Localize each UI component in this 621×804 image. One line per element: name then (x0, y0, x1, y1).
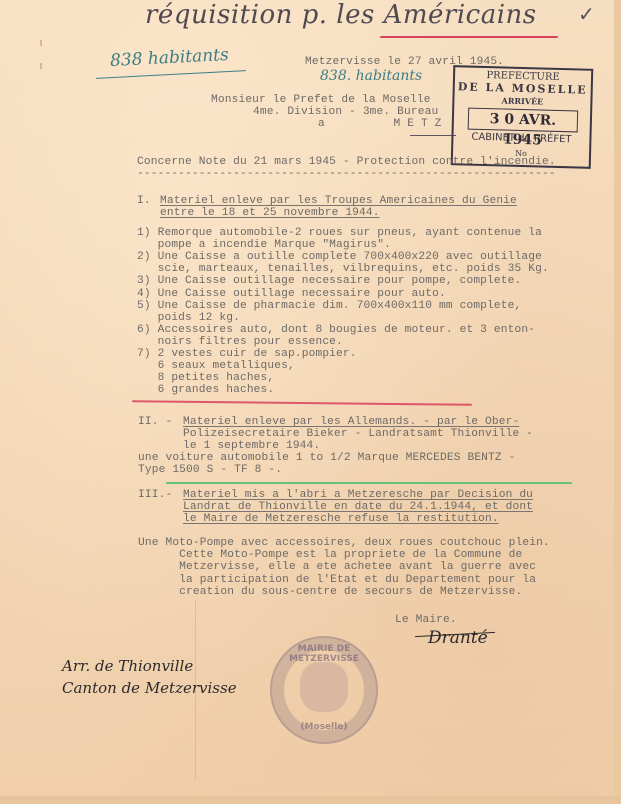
recipient-line-2: 4me. Division - 3me. Bureau (253, 106, 438, 119)
page-bottom-edge (0, 796, 621, 804)
section-2-heading-3: le 1 septembre 1944. (183, 440, 320, 453)
rule (410, 135, 456, 136)
list-item: 3) Une Caisse outillage necessaire pour … (137, 275, 521, 288)
list-item: 4) Une Caisse outillage necessaire pour … (137, 288, 446, 301)
separator-line: ----------------------------------------… (137, 168, 556, 181)
list-item: scie, marteaux, tenailles, vilbrequins, … (137, 263, 549, 276)
list-item: 8 petites haches, (137, 372, 274, 385)
list-item: 6 grandes haches. (137, 384, 274, 397)
closing-line: la participation de l'Etat et du Departe… (138, 574, 536, 587)
handwritten-arrondissement: Arr. de Thionville (62, 657, 193, 675)
list-item: 2) Une Caisse a outille complete 700x400… (137, 251, 542, 264)
subject-line: Concerne Note du 21 mars 1945 - Protecti… (137, 156, 556, 169)
list-item: noirs filtres pour essence. (137, 336, 343, 349)
closing-line: Une Moto-Pompe avec accessoires, deux ro… (138, 537, 550, 550)
mairie-seal: MAIRIE DE METZERVISSE (Moselle) (270, 636, 378, 744)
seal-emblem (300, 662, 348, 712)
section-3-heading-2: Landrat de Thionville en date du 24.1.19… (183, 501, 533, 514)
stamp-line-4: CABINET du PRÉFET (453, 131, 589, 146)
punch-mark (40, 40, 42, 46)
punch-mark (40, 63, 42, 69)
seal-bottom-text: (Moselle) (272, 722, 376, 732)
handwritten-canton: Canton de Metzervisse (62, 679, 237, 697)
section-1-heading-2: entre le 18 et 25 novembre 1944. (160, 207, 380, 220)
list-item: 1) Remorque automobile-2 roues sur pneus… (137, 227, 542, 240)
signature-title: Le Maire. (395, 614, 457, 627)
page-edge (614, 0, 621, 804)
signature: Dranté (428, 628, 488, 648)
list-item: 7) 2 vestes cuir de sap.pompier. (137, 348, 357, 361)
section-1-heading-1: Materiel enleve par les Troupes Americai… (160, 195, 517, 208)
section-3-heading-1: Materiel mis a l'abri a Metzeresche par … (183, 489, 533, 502)
closing-line: creation du sous-centre de secours de Me… (138, 586, 522, 599)
section-2-heading-2: Polizeisecretaire Bieker - Landratsamt T… (183, 428, 533, 441)
section-3-numeral: III.- (138, 489, 172, 502)
handwritten-inhabitants-center: 838. habitants (320, 68, 422, 84)
section-1-numeral: I. (137, 195, 151, 208)
recipient-line-1: Monsieur le Prefet de la Moselle (211, 94, 431, 107)
checkmark-icon: ✓ (578, 2, 595, 26)
list-item: pompe a incendie Marque "Magirus". (137, 239, 391, 252)
section-3-heading-3: le Maire de Metzeresche refuse la restit… (183, 513, 499, 526)
recipient-line-3: a M E T Z (318, 118, 442, 131)
stamp-date: 3 0 AVR. 1945 (468, 108, 579, 133)
green-pencil-line (166, 482, 572, 484)
list-item: poids 12 kg. (137, 312, 240, 325)
list-item: 6) Accessoires auto, dont 8 bougies de m… (137, 324, 535, 337)
section-2-body-2: Type 1500 S - TF 8 -. (138, 464, 282, 477)
section-2-numeral: II. - (138, 416, 172, 429)
handwritten-title: réquisition p. les Américains (145, 0, 537, 30)
section-2-heading-1: Materiel enleve par les Allemands. - par… (183, 416, 519, 429)
prefecture-stamp: PREFECTURE DE LA MOSELLE ARRIVÉE 3 0 AVR… (451, 65, 594, 169)
seal-top-text: MAIRIE DE METZERVISSE (272, 644, 376, 664)
list-item: 6 seaux metalliques, (137, 360, 295, 373)
closing-line: Cette Moto-Pompe est la propriete de la … (138, 549, 522, 562)
list-item: 5) Une Caisse de pharmacie dim. 700x400x… (137, 300, 521, 313)
red-underline (380, 36, 558, 38)
closing-line: Metzervisse, elle a ete achetee avant la… (138, 561, 536, 574)
section-2-body-1: une voiture automobile 1 to 1/2 Marque M… (138, 452, 516, 465)
